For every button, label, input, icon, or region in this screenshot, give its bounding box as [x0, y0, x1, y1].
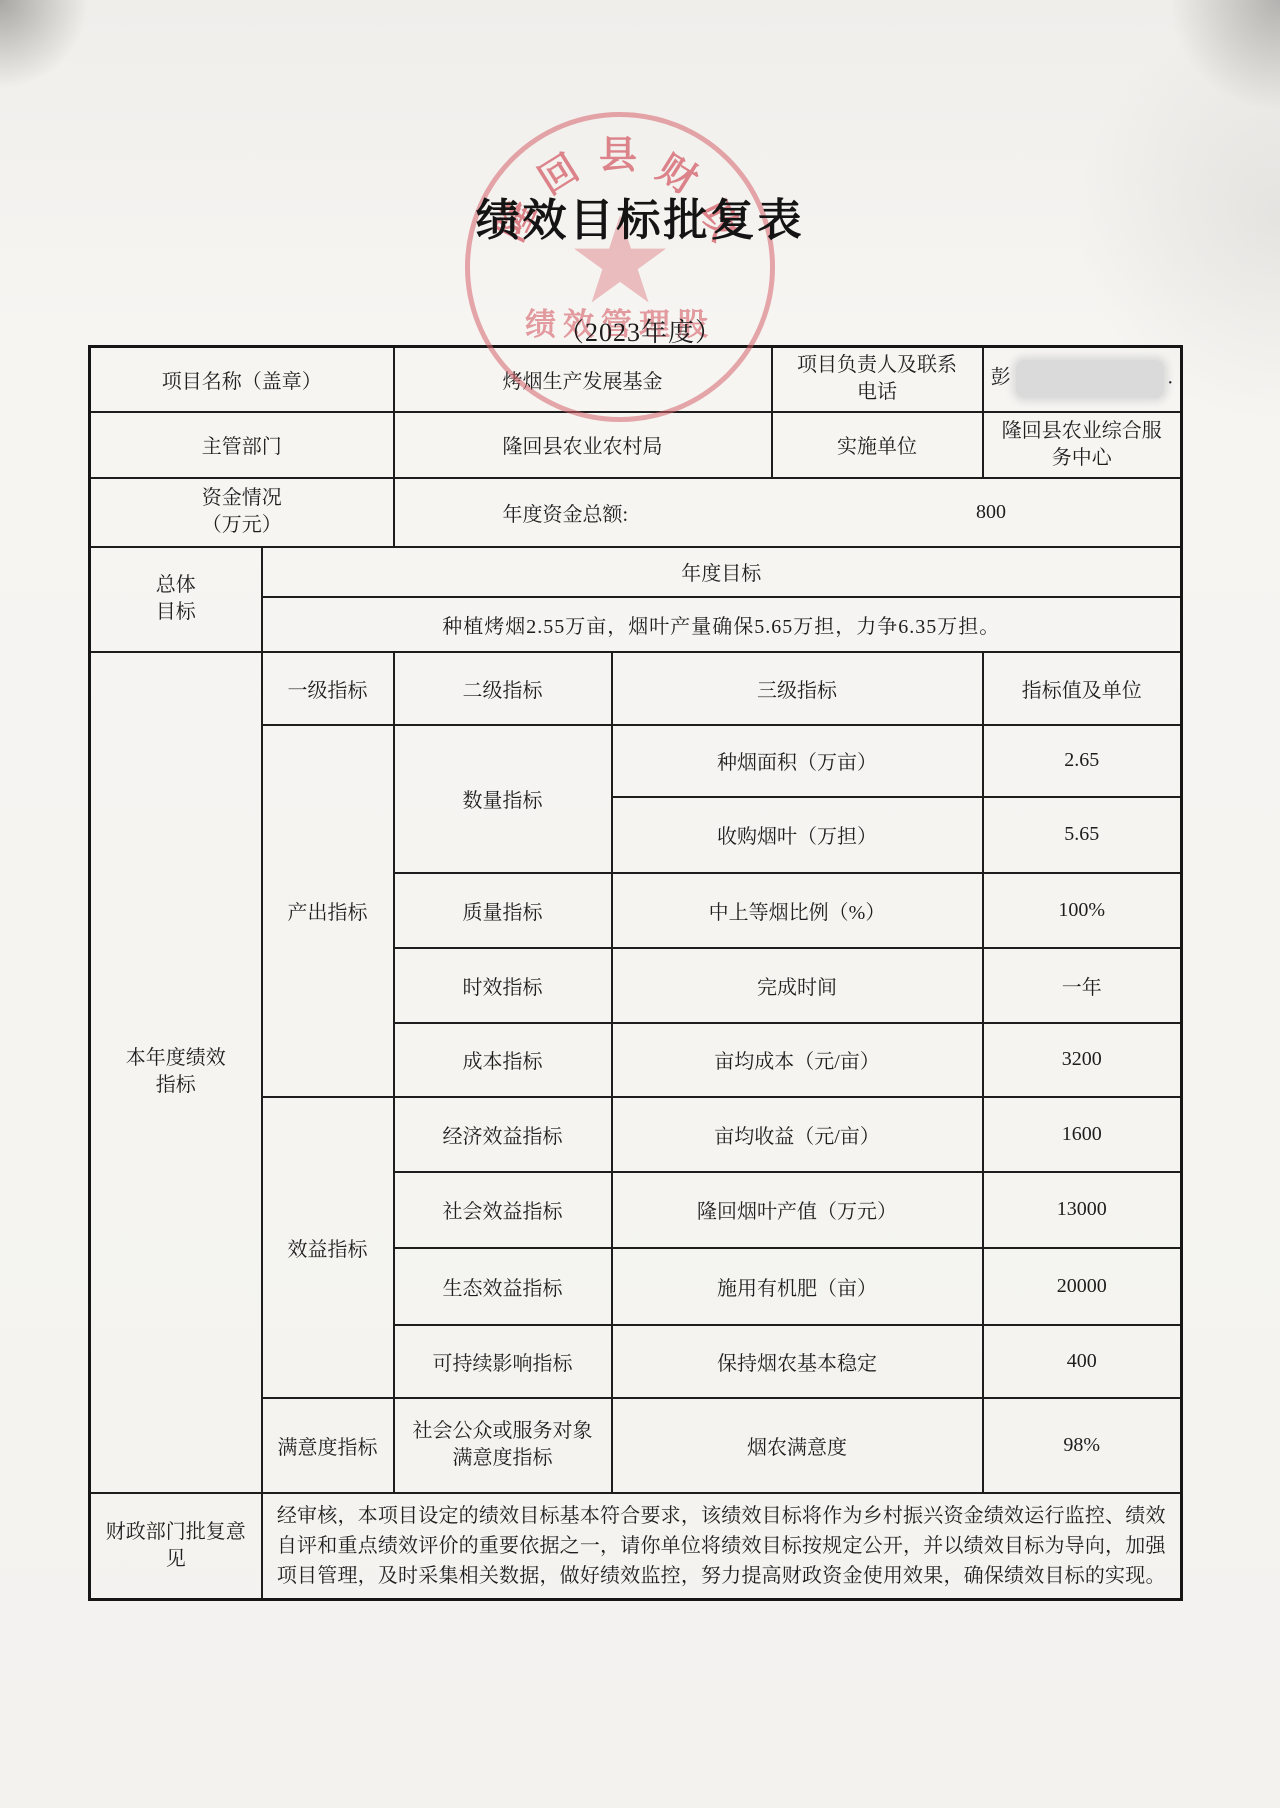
level3-item: 完成时间 — [612, 948, 983, 1023]
level3-item: 种烟面积（万亩） — [612, 725, 983, 797]
table-row: 主管部门 隆回县农业农村局 实施单位 隆回县农业综合服 务中心 — [90, 412, 1182, 478]
table-row: 本年度绩效 指标 一级指标 二级指标 三级指标 指标值及单位 — [90, 652, 1182, 725]
level2-satisfaction: 社会公众或服务对象 满意度指标 — [394, 1398, 612, 1493]
level3-item: 中上等烟比例（%） — [612, 873, 983, 948]
table-row: 项目名称（盖章） 烤烟生产发展基金 项目负责人及联系 电话 彭. — [90, 347, 1182, 412]
impl-value: 隆回县农业综合服 务中心 — [983, 412, 1182, 478]
level1-benefit: 效益指标 — [262, 1097, 394, 1398]
level3-item: 保持烟农基本稳定 — [612, 1325, 983, 1398]
page-title: 绩效目标批复表 — [0, 184, 1280, 248]
indicator-value: 20000 — [983, 1248, 1182, 1325]
level3-item: 收购烟叶（万担） — [612, 797, 983, 873]
indicator-value: 3200 — [983, 1023, 1182, 1097]
manager-label: 项目负责人及联系 电话 — [772, 347, 983, 412]
approval-label: 财政部门批复意 见 — [90, 1493, 262, 1600]
level2-sustainability: 可持续影响指标 — [394, 1325, 612, 1398]
dept-value: 隆回县农业农村局 — [394, 412, 772, 478]
level2-cost: 成本指标 — [394, 1023, 612, 1097]
indicator-value: 400 — [983, 1325, 1182, 1398]
level2-timeliness: 时效指标 — [394, 948, 612, 1023]
indicator-value: 100% — [983, 873, 1182, 948]
approval-text: 经审核，本项目设定的绩效目标基本符合要求，该绩效目标将作为乡村振兴资金绩效运行监… — [262, 1493, 1182, 1600]
table-row: 资金情况 （万元） 年度资金总额: 800 — [90, 478, 1182, 547]
level3-item: 亩均成本（元/亩） — [612, 1023, 983, 1097]
manager-name-visible: 彭 — [991, 367, 1011, 389]
project-name-value: 烤烟生产发展基金 — [394, 347, 772, 412]
manager-trailing-mark: . — [1168, 367, 1173, 389]
impl-label: 实施单位 — [772, 412, 983, 478]
header-value: 指标值及单位 — [983, 652, 1182, 725]
annual-goal-text: 种植烤烟2.55万亩，烟叶产量确保5.65万担，力争6.35万担。 — [262, 597, 1182, 652]
level2-ecological: 生态效益指标 — [394, 1248, 612, 1325]
page-subtitle: （2023年度） — [0, 312, 1280, 349]
indicator-value: 一年 — [983, 948, 1182, 1023]
level1-output: 产出指标 — [262, 725, 394, 1097]
manager-value-cell: 彭. — [983, 347, 1182, 412]
header-level2: 二级指标 — [394, 652, 612, 725]
funds-total-value: 800 — [976, 501, 1006, 524]
level2-social: 社会效益指标 — [394, 1172, 612, 1248]
indicator-value: 98% — [983, 1398, 1182, 1493]
header-level3: 三级指标 — [612, 652, 983, 725]
overall-goal-label: 总体 目标 — [90, 547, 262, 652]
level2-quantity: 数量指标 — [394, 725, 612, 873]
table-row: 总体 目标 年度目标 — [90, 547, 1182, 597]
funds-value-cell: 年度资金总额: 800 — [394, 478, 1182, 547]
indicator-value: 1600 — [983, 1097, 1182, 1172]
funds-item-label: 年度资金总额: — [401, 498, 629, 527]
level3-item: 烟农满意度 — [612, 1398, 983, 1493]
table-row: 财政部门批复意 见 经审核，本项目设定的绩效目标基本符合要求，该绩效目标将作为乡… — [90, 1493, 1182, 1600]
annual-goal-header: 年度目标 — [262, 547, 1182, 597]
indicators-section-label: 本年度绩效 指标 — [90, 652, 262, 1493]
project-name-label: 项目名称（盖章） — [90, 347, 394, 412]
document-page: 隆 回 县 财 政 ★ 绩效管理股 绩效目标批复表 （2023年度） 项目名称（… — [0, 0, 1280, 1808]
level3-item: 隆回烟叶产值（万元） — [612, 1172, 983, 1248]
level2-quality: 质量指标 — [394, 873, 612, 948]
level2-economic: 经济效益指标 — [394, 1097, 612, 1172]
dept-label: 主管部门 — [90, 412, 394, 478]
indicator-value: 13000 — [983, 1172, 1182, 1248]
indicator-value: 5.65 — [983, 797, 1182, 873]
redaction-box — [1016, 360, 1164, 398]
level3-item: 施用有机肥（亩） — [612, 1248, 983, 1325]
header-level1: 一级指标 — [262, 652, 394, 725]
indicator-value: 2.65 — [983, 725, 1182, 797]
approval-form-table: 项目名称（盖章） 烤烟生产发展基金 项目负责人及联系 电话 彭. 主管部门 隆回… — [88, 345, 1183, 1601]
funds-label: 资金情况 （万元） — [90, 478, 394, 547]
stamp-arc-char: 县 — [598, 134, 638, 178]
level3-item: 亩均收益（元/亩） — [612, 1097, 983, 1172]
level1-satisfaction: 满意度指标 — [262, 1398, 394, 1493]
